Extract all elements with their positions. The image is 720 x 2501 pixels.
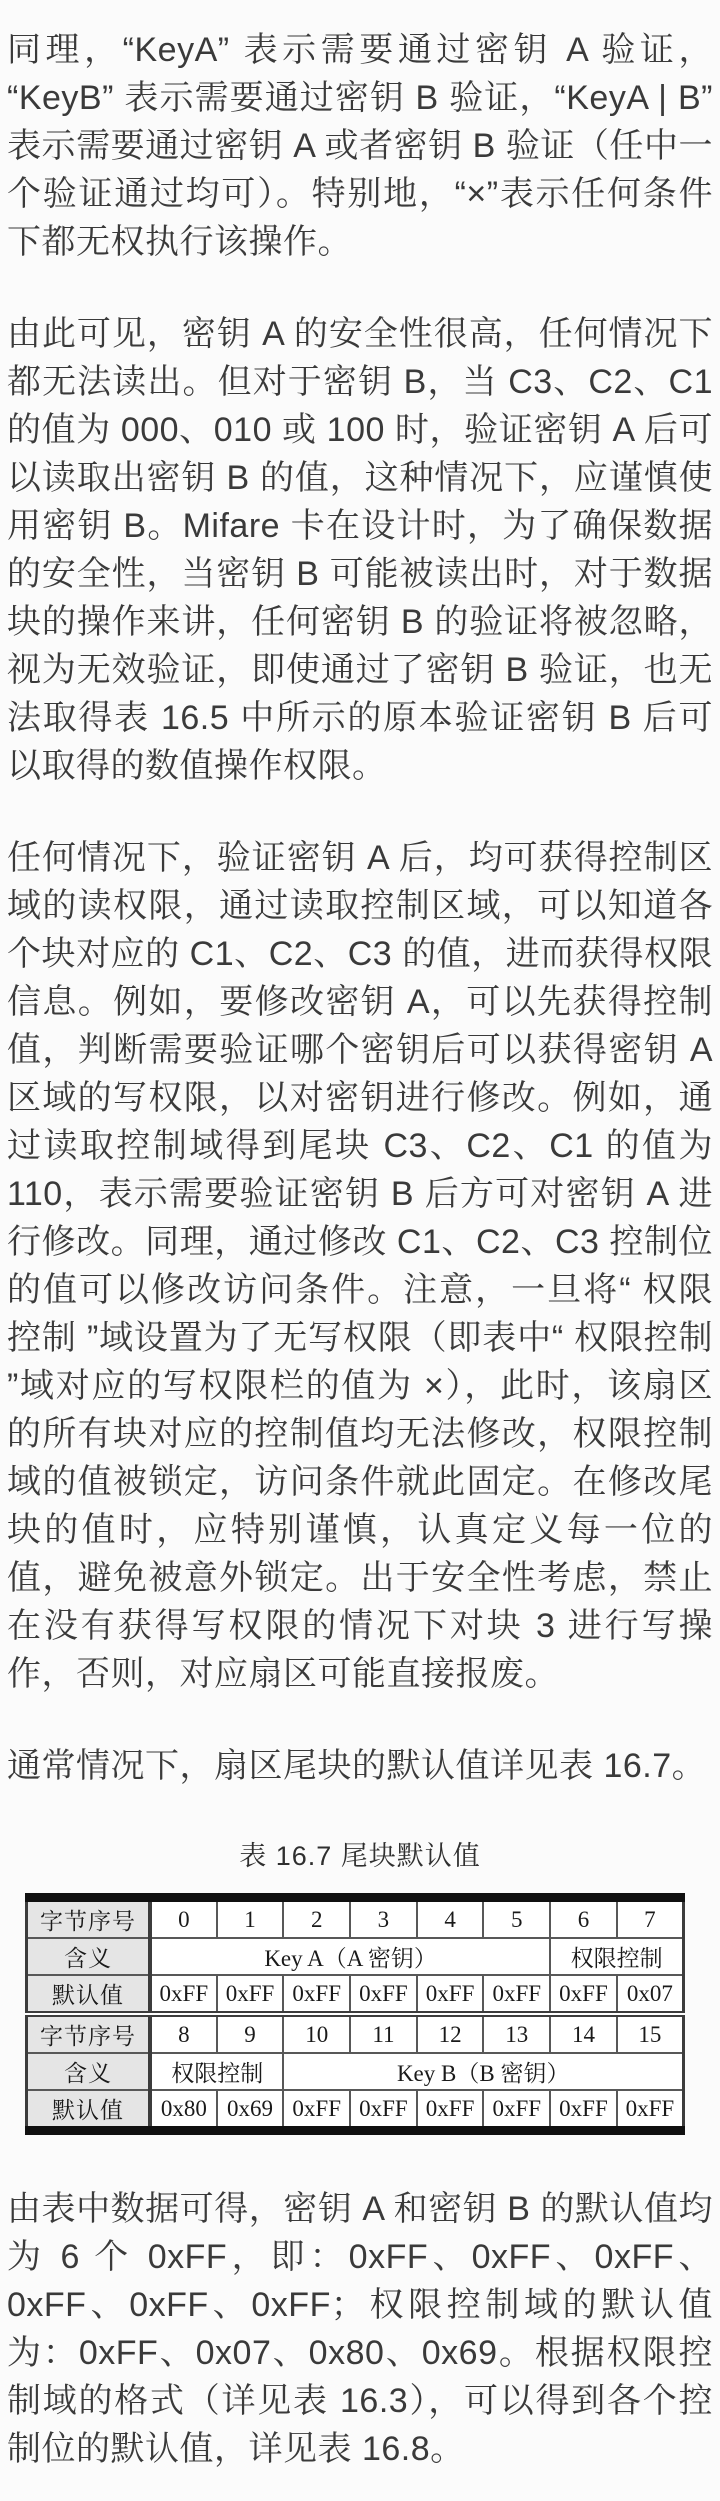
table-cell: 0x69	[217, 2090, 284, 2131]
table-caption: 表 16.7 尾块默认值	[7, 1834, 713, 1873]
table-cell: 11	[350, 2014, 417, 2053]
row-header-cell: 默认值	[27, 2090, 151, 2131]
table-row-meaning-top: 含义 Key A（A 密钥） 权限控制	[27, 1938, 684, 1975]
row-header-cell: 字节序号	[27, 1898, 151, 1939]
table-cell: 2	[283, 1898, 350, 1939]
table-cell: 0xFF	[417, 2090, 484, 2131]
table-cell: 0xFF	[283, 1975, 350, 2014]
table-cell: 0x07	[617, 1975, 684, 2014]
table-cell-keya: Key A（A 密钥）	[150, 1938, 550, 1975]
table-cell: 0xFF	[483, 1975, 550, 2014]
table-cell-access-ctrl: 权限控制	[150, 2053, 283, 2090]
table-cell: 0xFF	[283, 2090, 350, 2131]
table-cell: 0xFF	[150, 1975, 217, 2014]
table-cell: 0xFF	[483, 2090, 550, 2131]
table-cell: 12	[417, 2014, 484, 2053]
table-cell-access-ctrl: 权限控制	[550, 1938, 683, 1975]
table-cell: 4	[417, 1898, 484, 1939]
table-cell: 14	[550, 2014, 617, 2053]
row-header-cell: 含义	[27, 1938, 151, 1975]
table-cell: 0xFF	[617, 2090, 684, 2131]
row-header-cell: 字节序号	[27, 2014, 151, 2053]
table-cell: 10	[283, 2014, 350, 2053]
table-cell-keyb: Key B（B 密钥）	[283, 2053, 683, 2090]
table-cell: 15	[617, 2014, 684, 2053]
table-cell: 3	[350, 1898, 417, 1939]
table-cell: 0xFF	[550, 2090, 617, 2131]
table-cell: 6	[550, 1898, 617, 1939]
table-cell: 13	[483, 2014, 550, 2053]
table-cell: 1	[217, 1898, 284, 1939]
table-cell: 0xFF	[217, 1975, 284, 2014]
tail-block-defaults-table: 字节序号 0 1 2 3 4 5 6 7 含义 Key A（A 密钥） 权限控制…	[25, 1893, 685, 2135]
table-row-meaning-bottom: 含义 权限控制 Key B（B 密钥）	[27, 2053, 684, 2090]
table-cell: 9	[217, 2014, 284, 2053]
table-row-default-bottom: 默认值 0x80 0x69 0xFF 0xFF 0xFF 0xFF 0xFF 0…	[27, 2090, 684, 2131]
table-cell: 0x80	[150, 2090, 217, 2131]
paragraph-control-bits: 任何情况下，验证密钥 A 后，均可获得控制区域的读权限，通过读取控制区域，可以知…	[7, 834, 713, 1698]
table-row-default-top: 默认值 0xFF 0xFF 0xFF 0xFF 0xFF 0xFF 0xFF 0…	[27, 1975, 684, 2014]
table-cell: 5	[483, 1898, 550, 1939]
table-cell: 0xFF	[350, 2090, 417, 2131]
row-header-cell: 含义	[27, 2053, 151, 2090]
table-cell: 0xFF	[350, 1975, 417, 2014]
paragraph-table-intro: 通常情况下，扇区尾块的默认值详见表 16.7。	[7, 1742, 713, 1790]
table-row-byte-index-bottom: 字节序号 8 9 10 11 12 13 14 15	[27, 2014, 684, 2053]
paragraph-key-security: 由此可见，密钥 A 的安全性很高，任何情况下都无法读出。但对于密钥 B，当 C3…	[7, 310, 713, 790]
table-row-byte-index-top: 字节序号 0 1 2 3 4 5 6 7	[27, 1898, 684, 1939]
table-cell: 0	[150, 1898, 217, 1939]
table-cell: 0xFF	[550, 1975, 617, 2014]
table-cell: 7	[617, 1898, 684, 1939]
paragraph-key-legend: 同理，“KeyA” 表示需要通过密钥 A 验证，“KeyB” 表示需要通过密钥 …	[7, 26, 713, 266]
table-cell: 0xFF	[417, 1975, 484, 2014]
table-cell: 8	[150, 2014, 217, 2053]
row-header-cell: 默认值	[27, 1975, 151, 2014]
paragraph-table-summary: 由表中数据可得，密钥 A 和密钥 B 的默认值均为 6 个 0xFF，即：0xF…	[7, 2185, 713, 2473]
article-page: 同理，“KeyA” 表示需要通过密钥 A 验证，“KeyB” 表示需要通过密钥 …	[0, 0, 720, 2501]
